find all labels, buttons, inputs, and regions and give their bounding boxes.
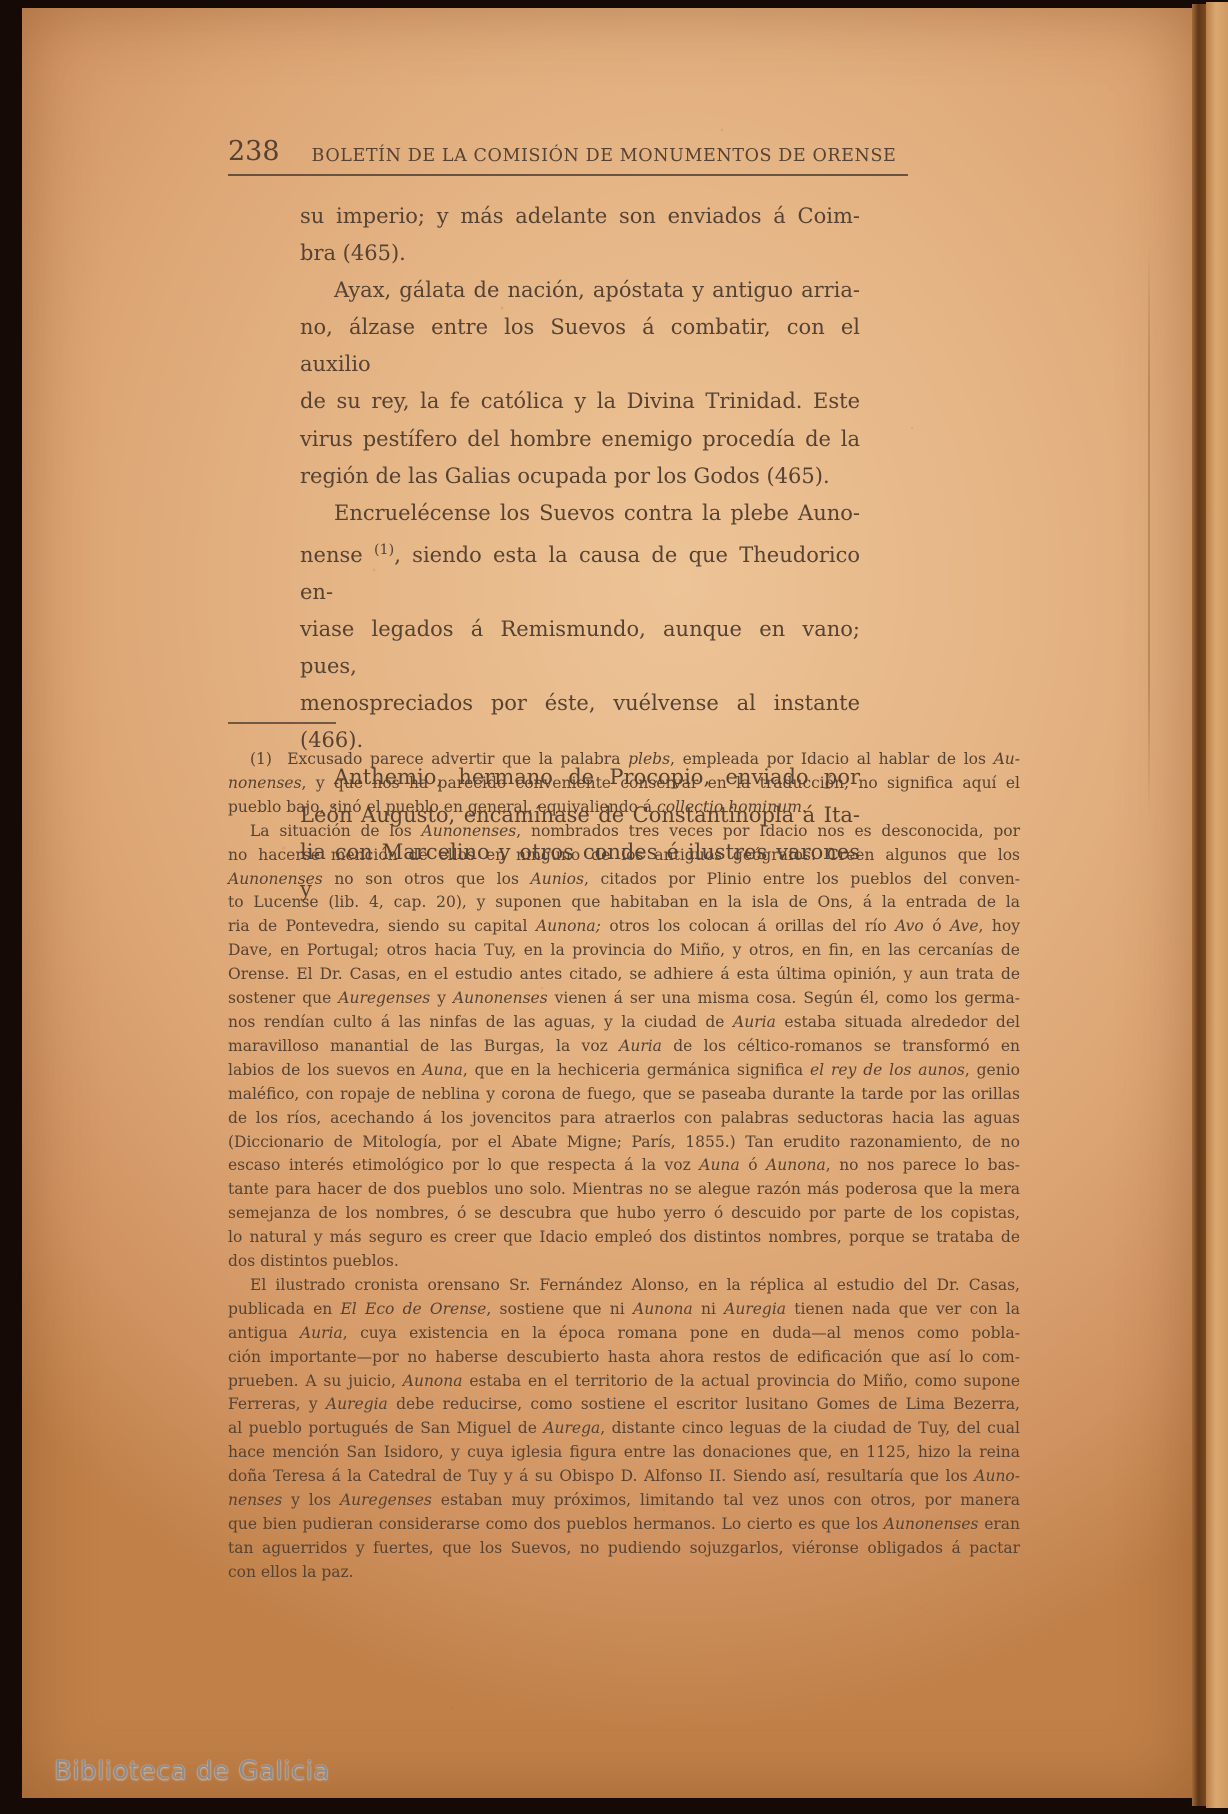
text-line: no hacerse mención de ellos en ninguno d… <box>228 844 1020 868</box>
text-line: maravilloso manantial de las Burgas, la … <box>228 1035 1020 1059</box>
text-line: doña Teresa á la Catedral de Tuy y á su … <box>228 1465 1020 1489</box>
text-line: antigua Auria, cuya existencia en la épo… <box>228 1322 1020 1346</box>
text-line: publicada en El Eco de Orense, sostiene … <box>228 1298 1020 1322</box>
text-line: de los ríos, acechando á los jovencitos … <box>228 1107 1020 1131</box>
text-line: ción importante—por no haberse descubier… <box>228 1346 1020 1370</box>
text-line: nense (1), siendo esta la causa de que T… <box>300 532 860 611</box>
text-line: nenses y los Auregenses estaban muy próx… <box>228 1489 1020 1513</box>
text-line: labios de los suevos en Auna, que en la … <box>228 1059 1020 1083</box>
text-line: Orense. El Dr. Casas, en el estudio ante… <box>228 963 1020 987</box>
text-line: (1) Excusado parece advertir que la pala… <box>228 748 1020 772</box>
text-line: Dave, en Portugal; otros hacia Tuy, en l… <box>228 939 1020 963</box>
text-line: nos rendían culto á las ninfas de las ag… <box>228 1011 1020 1035</box>
header-rule <box>228 174 908 176</box>
text-line: semejanza de los nombres, ó se descubra … <box>228 1202 1020 1226</box>
text-line: lo natural y más seguro es creer que Ida… <box>228 1226 1020 1250</box>
text-line: Ferreras, y Auregia debe reducirse, como… <box>228 1393 1020 1417</box>
text-line: Ayax, gálata de nación, apóstata y antig… <box>300 272 860 309</box>
scan-background: 238 BOLETÍN DE LA COMISIÓN DE MONUMENTOS… <box>0 0 1228 1814</box>
text-line: La situación de los Aunonenses, nombrado… <box>228 820 1020 844</box>
page-number: 238 <box>228 136 280 167</box>
text-line: (Diccionario de Mitología, por el Abate … <box>228 1131 1020 1155</box>
text-line: región de las Galias ocupada por los God… <box>300 458 860 495</box>
text-line: Aunonenses no son otros que los Aunios, … <box>228 868 1020 892</box>
text-line: con ellos la paz. <box>228 1561 1020 1585</box>
text-line: dos distintos pueblos. <box>228 1250 1020 1274</box>
text-line: Encruelécense los Suevos contra la plebe… <box>300 495 860 532</box>
text-line: El ilustrado cronista orensano Sr. Ferná… <box>228 1274 1020 1298</box>
text-line: tante para hacer de dos pueblos uno solo… <box>228 1178 1020 1202</box>
text-line: escaso interés etimológico por lo que re… <box>228 1154 1020 1178</box>
text-line: tan aguerridos y fuertes, que los Suevos… <box>228 1537 1020 1561</box>
text-line: viase legados á Remismundo, aunque en va… <box>300 611 860 685</box>
text-line: virus pestífero del hombre enemigo proce… <box>300 421 860 458</box>
book-gutter-shadow <box>1192 4 1206 1806</box>
footnote-text: (1) Excusado parece advertir que la pala… <box>228 748 1020 1585</box>
text-line: que bien pudieran considerarse como dos … <box>228 1513 1020 1537</box>
text-line: al pueblo portugués de San Miguel de Aur… <box>228 1417 1020 1441</box>
header-title: BOLETÍN DE LA COMISIÓN DE MONUMENTOS DE … <box>300 146 908 166</box>
text-line: hace mención San Isidoro, y cuya iglesia… <box>228 1441 1020 1465</box>
text-line: maléfico, con ropaje de neblina y corona… <box>228 1083 1020 1107</box>
text-line: no, álzase entre los Suevos á combatir, … <box>300 309 860 383</box>
library-watermark: Biblioteca de Galicia <box>54 1756 330 1786</box>
text-line: pueblo bajo, sinó el pueblo en general, … <box>228 796 1020 820</box>
next-page-edge <box>1206 2 1228 1808</box>
text-line: nonenses, y que nos ha parecido convenie… <box>228 772 1020 796</box>
text-line: prueben. A su juicio, Aunona estaba en e… <box>228 1370 1020 1394</box>
text-line: sostener que Auregenses y Aunonenses vie… <box>228 987 1020 1011</box>
text-line: bra (465). <box>300 235 860 272</box>
text-line: to Lucense (lib. 4, cap. 20), y suponen … <box>228 891 1020 915</box>
text-line: ria de Pontevedra, siendo su capital Aun… <box>228 915 1020 939</box>
text-line: su imperio; y más adelante son enviados … <box>300 198 860 235</box>
footnote-separator <box>228 722 336 724</box>
text-line: de su rey, la fe católica y la Divina Tr… <box>300 383 860 420</box>
page-crease-line <box>1148 240 1150 820</box>
